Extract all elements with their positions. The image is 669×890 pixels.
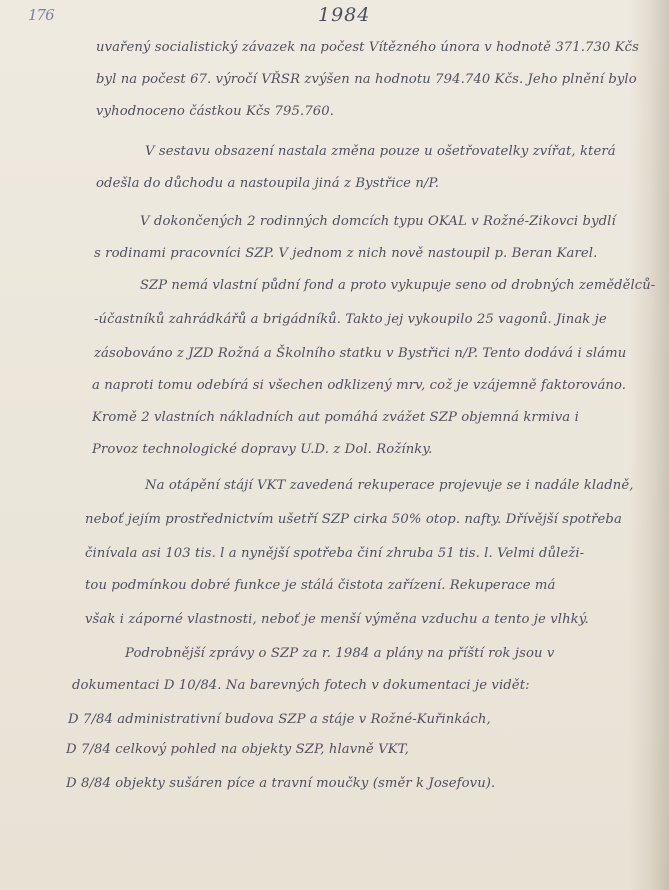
text-line: V dokončených 2 rodinných domcích typu O…	[140, 214, 616, 229]
chronicle-page: 176 1984 uvařený socialistický závazek n…	[0, 0, 669, 890]
text-line: dokumentaci D 10/84. Na barevných fotech…	[72, 678, 530, 693]
text-line: V sestavu obsazení nastala změna pouze u…	[145, 144, 616, 159]
text-line: Na otápění stájí VKT zavedená rekuperace…	[145, 478, 634, 493]
text-line: neboť jejím prostřednictvím ušetří SZP c…	[85, 512, 622, 527]
text-line: -účastníků zahrádkářů a brigádníků. Takt…	[94, 312, 607, 327]
text-line: zásobováno z JZD Rožná a Školního statku…	[94, 346, 626, 361]
text-line: Podrobnější zprávy o SZP za r. 1984 a pl…	[125, 646, 554, 661]
text-line: uvařený socialistický závazek na počest …	[96, 40, 655, 55]
text-line: D 7/84 celkový pohled na objekty SZP, hl…	[66, 742, 409, 757]
text-line: s rodinami pracovníci SZP. V jednom z ni…	[94, 246, 597, 261]
text-line: však i záporné vlastnosti, neboť je menš…	[85, 612, 589, 627]
text-line: D 8/84 objekty sušáren píce a travní mou…	[66, 776, 495, 791]
text-line: vyhodnoceno částkou Kčs 795.760.	[96, 104, 334, 119]
text-line: Provoz technologické dopravy U.D. z Dol.…	[92, 442, 432, 457]
text-line: Kromě 2 vlastních nákladních aut pomáhá …	[92, 410, 579, 425]
page-number: 176	[28, 6, 54, 24]
text-line: byl na počest 67. výročí VŘSR zvýšen na …	[96, 72, 637, 87]
text-line: činívala asi 103 tis. l a nynější spotře…	[85, 546, 584, 561]
text-line: a naproti tomu odebírá si všechen odkliz…	[92, 378, 626, 393]
year-heading: 1984	[318, 4, 370, 26]
text-line: odešla do důchodu a nastoupila jiná z By…	[96, 176, 439, 191]
text-line: tou podmínkou dobré funkce je stálá čist…	[85, 578, 555, 593]
text-line: SZP nemá vlastní půdní fond a proto vyku…	[140, 278, 655, 293]
text-line: D 7/84 administrativní budova SZP a stáj…	[68, 712, 491, 727]
